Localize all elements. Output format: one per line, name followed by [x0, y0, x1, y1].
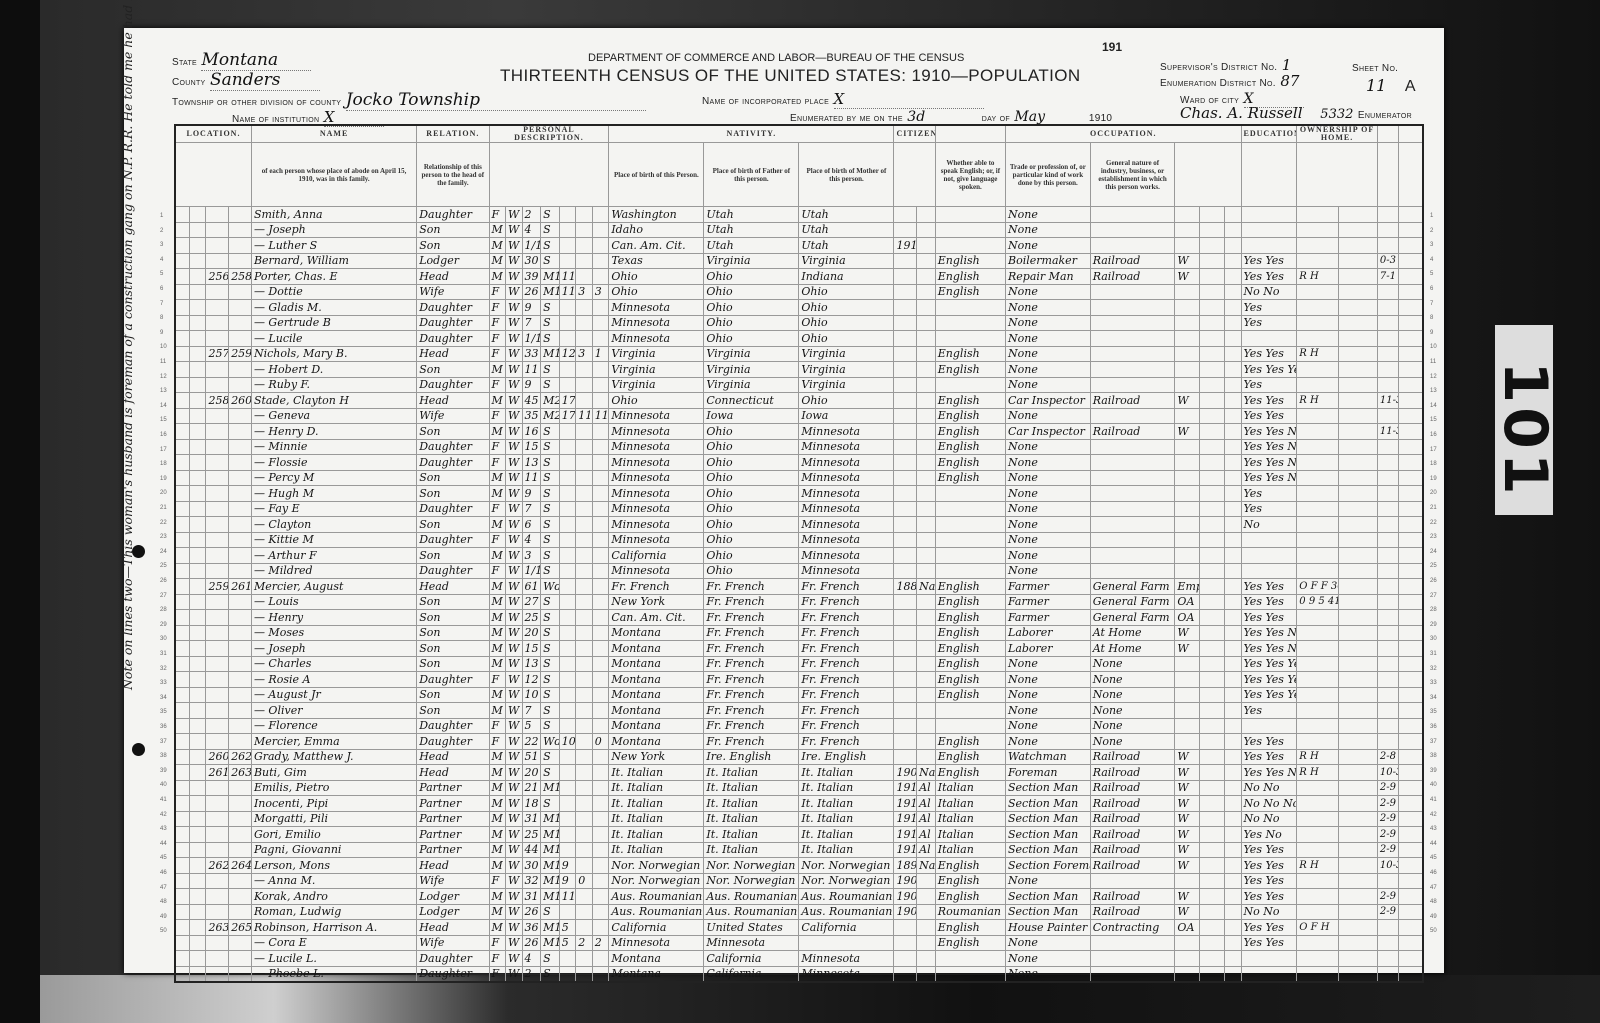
- cell-birth: Montana: [609, 672, 704, 688]
- cell-empty: [1200, 346, 1225, 362]
- table-row: Roman, LudwigLodgerMW26SAus. RoumanianAu…: [175, 904, 1423, 920]
- cell-age: 9: [522, 377, 541, 393]
- cell-family: [229, 873, 252, 889]
- cell-empty: [1398, 548, 1423, 564]
- cell-dwelling: [206, 362, 229, 378]
- cell-born: [576, 734, 593, 750]
- cell-immig: [894, 563, 917, 579]
- cell-born: [576, 672, 593, 688]
- cell-industry: Railroad: [1090, 904, 1175, 920]
- cell-nat: [917, 935, 936, 951]
- cell-age: 39: [522, 269, 541, 285]
- cell-empty: [189, 548, 206, 564]
- cell-dwelling: [206, 300, 229, 316]
- cell-dwelling: [206, 563, 229, 579]
- cell-lang: [935, 238, 1005, 254]
- cell-living: [592, 207, 609, 223]
- cell-dwelling: [206, 439, 229, 455]
- cell-lang: [935, 377, 1005, 393]
- cell-born: [576, 749, 593, 765]
- cell-marital: S: [541, 687, 560, 703]
- cell-relation: Son: [417, 656, 489, 672]
- cell-living: [592, 362, 609, 378]
- cell-emp: [1175, 873, 1200, 889]
- cell-empty: [1200, 207, 1225, 223]
- cell-lang: Italian: [935, 780, 1005, 796]
- cell-empty: [189, 951, 206, 967]
- cell-relation: Daughter: [417, 532, 489, 548]
- cell-industry: Railroad: [1090, 253, 1175, 269]
- cell-living: [592, 610, 609, 626]
- cell-home: [1297, 656, 1338, 672]
- cell-empty: [1224, 408, 1241, 424]
- cell-empty: [189, 641, 206, 657]
- cell-age: 4: [522, 222, 541, 238]
- cell-family: 259: [229, 346, 252, 362]
- cell-race: W: [506, 269, 523, 285]
- cell-empty: [1398, 780, 1423, 796]
- cell-born: [576, 796, 593, 812]
- cell-empty: [189, 703, 206, 719]
- cell-family: [229, 734, 252, 750]
- cell-mother: Minnesota: [799, 455, 894, 471]
- cell-mother: Iowa: [799, 408, 894, 424]
- cell-empty: [1224, 284, 1241, 300]
- cell-lang: [935, 703, 1005, 719]
- line-number: 9: [1430, 330, 1433, 336]
- cell-years-married: [559, 517, 576, 533]
- cell-living: [592, 563, 609, 579]
- cell-age: 20: [522, 765, 541, 781]
- line-number: 12: [160, 374, 167, 380]
- cell-emp: W: [1175, 780, 1200, 796]
- cell-empty: [1200, 904, 1225, 920]
- cell-marital: S: [541, 501, 560, 517]
- cell-empty: [1338, 408, 1377, 424]
- cell-name: Inocenti, Pipi: [251, 796, 416, 812]
- cell-empty: [1200, 780, 1225, 796]
- cell-home: [1297, 207, 1338, 223]
- cell-trade: Section Man: [1006, 796, 1091, 812]
- cell-trade: None: [1006, 455, 1091, 471]
- cell-empty: [1338, 935, 1377, 951]
- cell-empty: [1338, 486, 1377, 502]
- cell-lang: [935, 532, 1005, 548]
- cell-empty: [175, 424, 189, 440]
- cell-race: W: [506, 377, 523, 393]
- cell-emp: [1175, 486, 1200, 502]
- line-number: 36: [160, 724, 167, 730]
- cell-marital: Wd: [541, 579, 560, 595]
- cell-pi: [1377, 300, 1398, 316]
- cell-home: [1297, 377, 1338, 393]
- table-row: 259261Mercier, AugustHeadMW61WdFr. Frenc…: [175, 579, 1423, 595]
- cell-lang: English: [935, 625, 1005, 641]
- cell-name: — Oliver: [251, 703, 416, 719]
- cell-relation: Daughter: [417, 331, 489, 347]
- cell-name: Pagni, Giovanni: [251, 842, 416, 858]
- line-number: 39: [160, 768, 167, 774]
- cell-sex: M: [489, 811, 506, 827]
- cell-home: [1297, 455, 1338, 471]
- cell-years-married: 17: [559, 408, 576, 424]
- cell-sex: F: [489, 734, 506, 750]
- cell-family: [229, 517, 252, 533]
- cell-nat: [917, 889, 936, 905]
- cell-name: — Phoebe L.: [251, 966, 416, 982]
- cell-years-married: [559, 501, 576, 517]
- cell-nat: [917, 501, 936, 517]
- cell-home: [1297, 889, 1338, 905]
- cell-edu: Yes Yes: [1241, 610, 1297, 626]
- cell-birth: Virginia: [609, 362, 704, 378]
- cell-dwelling: [206, 703, 229, 719]
- cell-age: 4: [522, 532, 541, 548]
- cell-race: W: [506, 222, 523, 238]
- cell-immig: [894, 501, 917, 517]
- cell-empty: [175, 548, 189, 564]
- cell-father: It. Italian: [704, 765, 799, 781]
- line-number: 6: [1430, 286, 1433, 292]
- cell-birth: It. Italian: [609, 780, 704, 796]
- cell-nat: [917, 563, 936, 579]
- cell-mother: It. Italian: [799, 796, 894, 812]
- cell-empty: [1200, 486, 1225, 502]
- cell-name: — Cora E: [251, 935, 416, 951]
- cell-living: [592, 625, 609, 641]
- cell-trade: Farmer: [1006, 610, 1091, 626]
- cell-dwelling: [206, 455, 229, 471]
- cell-age: 30: [522, 858, 541, 874]
- cell-mother: Fr. French: [799, 579, 894, 595]
- cell-empty: [1398, 393, 1423, 409]
- cell-emp: [1175, 331, 1200, 347]
- cell-empty: [189, 656, 206, 672]
- cell-pi: [1377, 594, 1398, 610]
- cell-family: [229, 827, 252, 843]
- cell-marital: S: [541, 749, 560, 765]
- cell-empty: [1398, 811, 1423, 827]
- cell-empty: [1398, 284, 1423, 300]
- cell-born: [576, 594, 593, 610]
- cell-empty: [1398, 873, 1423, 889]
- group-nativity: NATIVITY.: [609, 125, 894, 143]
- cell-nat: [917, 331, 936, 347]
- cell-sex: F: [489, 207, 506, 223]
- cell-living: [592, 393, 609, 409]
- cell-empty: [1224, 765, 1241, 781]
- cell-age: 13: [522, 455, 541, 471]
- cell-immig: [894, 625, 917, 641]
- cell-relation: Son: [417, 517, 489, 533]
- incorporated-field: Name of incorporated place X: [702, 90, 984, 109]
- cell-edu: [1241, 238, 1297, 254]
- cell-relation: Son: [417, 362, 489, 378]
- cell-pi: [1377, 966, 1398, 982]
- table-row: 262264Lerson, MonsHeadMW30M19Nor. Norweg…: [175, 858, 1423, 874]
- cell-living: [592, 796, 609, 812]
- line-number: 16: [160, 432, 167, 438]
- line-number: 44: [160, 841, 167, 847]
- line-number: 5: [160, 271, 163, 277]
- cell-father: Virginia: [704, 346, 799, 362]
- cell-empty: [189, 811, 206, 827]
- cell-age: 6: [522, 517, 541, 533]
- cell-name: Bernard, William: [251, 253, 416, 269]
- table-row: — MildredDaughterFW1/12SMinnesotaOhioMin…: [175, 563, 1423, 579]
- table-row: — FlossieDaughterFW13SMinnesotaOhioMinne…: [175, 455, 1423, 471]
- table-row: Bernard, WilliamLodgerMW30STexasVirginia…: [175, 253, 1423, 269]
- cell-father: It. Italian: [704, 811, 799, 827]
- cell-empty: [1224, 749, 1241, 765]
- cell-immig: [894, 331, 917, 347]
- cell-age: 9: [522, 486, 541, 502]
- cell-relation: Head: [417, 765, 489, 781]
- cell-race: W: [506, 625, 523, 641]
- table-row: Morgatti, PiliPartnerMW31M1It. ItalianIt…: [175, 811, 1423, 827]
- cell-race: W: [506, 346, 523, 362]
- cell-home: [1297, 873, 1338, 889]
- cell-family: [229, 935, 252, 951]
- cell-empty: [189, 207, 206, 223]
- cell-immig: [894, 594, 917, 610]
- cell-edu: Yes: [1241, 501, 1297, 517]
- cell-age: 44: [522, 842, 541, 858]
- cell-empty: [1398, 904, 1423, 920]
- cell-father: Fr. French: [704, 718, 799, 734]
- cell-home: [1297, 951, 1338, 967]
- cell-pi: [1377, 207, 1398, 223]
- cell-relation: Partner: [417, 842, 489, 858]
- cell-living: [592, 594, 609, 610]
- cell-trade: Farmer: [1006, 579, 1091, 595]
- cell-empty: [189, 842, 206, 858]
- cell-empty: [189, 501, 206, 517]
- cell-birth: Ohio: [609, 284, 704, 300]
- cell-mother: Utah: [799, 238, 894, 254]
- cell-industry: [1090, 951, 1175, 967]
- line-number: 3: [160, 242, 163, 248]
- cell-immig: [894, 718, 917, 734]
- cell-marital: M1: [541, 858, 560, 874]
- cell-empty: [1338, 346, 1377, 362]
- line-number: 26: [160, 578, 167, 584]
- line-number: 40: [1430, 782, 1437, 788]
- cell-birth: It. Italian: [609, 842, 704, 858]
- cell-marital: S: [541, 300, 560, 316]
- cell-mother: It. Italian: [799, 827, 894, 843]
- cell-empty: [189, 889, 206, 905]
- cell-empty: [1224, 687, 1241, 703]
- line-number: 42: [1430, 812, 1437, 818]
- cell-name: Gori, Emilio: [251, 827, 416, 843]
- cell-name: — Dottie: [251, 284, 416, 300]
- cell-empty: [1398, 951, 1423, 967]
- cell-industry: None: [1090, 734, 1175, 750]
- cell-born: [576, 904, 593, 920]
- cell-born: 3: [576, 346, 593, 362]
- cell-emp: OA: [1175, 594, 1200, 610]
- cell-born: [576, 315, 593, 331]
- cell-lang: [935, 501, 1005, 517]
- line-number: 16: [1430, 432, 1437, 438]
- cell-race: W: [506, 734, 523, 750]
- cell-mother: California: [799, 920, 894, 936]
- cell-empty: [1200, 548, 1225, 564]
- cell-father: Ohio: [704, 300, 799, 316]
- cell-birth: Minnesota: [609, 315, 704, 331]
- cell-born: [576, 532, 593, 548]
- cell-emp: [1175, 470, 1200, 486]
- line-number: 33: [1430, 680, 1437, 686]
- cell-pi: 2-9 X-5: [1377, 889, 1398, 905]
- cell-trade: None: [1006, 300, 1091, 316]
- cell-marital: S: [541, 765, 560, 781]
- cell-empty: [1398, 470, 1423, 486]
- cell-pi: 2-9 X-5: [1377, 811, 1398, 827]
- cell-trade: Section Foreman: [1006, 858, 1091, 874]
- cell-empty: [1224, 594, 1241, 610]
- cell-dwelling: [206, 889, 229, 905]
- cell-dwelling: [206, 734, 229, 750]
- cell-years-married: 9: [559, 858, 576, 874]
- cell-empty: [1224, 548, 1241, 564]
- cell-empty: [189, 935, 206, 951]
- cell-emp: [1175, 300, 1200, 316]
- cell-relation: Daughter: [417, 439, 489, 455]
- cell-years-married: 5: [559, 935, 576, 951]
- cell-age: 20: [522, 625, 541, 641]
- cell-name: — Joseph: [251, 222, 416, 238]
- cell-trade: Car Inspector: [1006, 424, 1091, 440]
- cell-empty: [175, 687, 189, 703]
- cell-relation: Son: [417, 610, 489, 626]
- cell-dwelling: [206, 687, 229, 703]
- cell-home: [1297, 718, 1338, 734]
- cell-nat: [917, 284, 936, 300]
- cell-age: 30: [522, 253, 541, 269]
- cell-empty: [189, 222, 206, 238]
- cell-sex: M: [489, 904, 506, 920]
- line-number: 39: [1430, 768, 1437, 774]
- cell-empty: [189, 610, 206, 626]
- cell-trade: Section Man: [1006, 780, 1091, 796]
- cell-pi: 11-3 X-5: [1377, 424, 1398, 440]
- cell-nat: [917, 300, 936, 316]
- cell-empty: [1398, 672, 1423, 688]
- line-number: 42: [160, 812, 167, 818]
- cell-nat: [917, 377, 936, 393]
- cell-dwelling: [206, 672, 229, 688]
- cell-empty: [189, 470, 206, 486]
- cell-dwelling: [206, 253, 229, 269]
- cell-empty: [189, 780, 206, 796]
- cell-industry: [1090, 346, 1175, 362]
- cell-empty: [189, 315, 206, 331]
- cell-father: Ohio: [704, 284, 799, 300]
- cell-dwelling: [206, 532, 229, 548]
- cell-edu: Yes Yes: [1241, 749, 1297, 765]
- cell-empty: [175, 346, 189, 362]
- line-number: 43: [1430, 826, 1437, 832]
- cell-empty: [1338, 253, 1377, 269]
- cell-name: — Anna M.: [251, 873, 416, 889]
- cell-marital: S: [541, 625, 560, 641]
- cell-mother: Fr. French: [799, 687, 894, 703]
- line-number: 50: [1430, 928, 1437, 934]
- cell-edu: Yes Yes: [1241, 579, 1297, 595]
- cell-trade: None: [1006, 734, 1091, 750]
- cell-empty: [189, 594, 206, 610]
- cell-trade: None: [1006, 672, 1091, 688]
- cell-family: [229, 362, 252, 378]
- cell-dwelling: [206, 951, 229, 967]
- cell-edu: No No: [1241, 904, 1297, 920]
- cell-mother: Utah: [799, 222, 894, 238]
- cell-edu: Yes Yes: [1241, 346, 1297, 362]
- cell-family: 263: [229, 765, 252, 781]
- cell-industry: None: [1090, 703, 1175, 719]
- cell-mother: Nor. Norwegian: [799, 873, 894, 889]
- cell-living: 11: [592, 408, 609, 424]
- cell-born: [576, 780, 593, 796]
- cell-father: Utah: [704, 238, 799, 254]
- cell-marital: S: [541, 610, 560, 626]
- cell-age: 15: [522, 641, 541, 657]
- cell-relation: Lodger: [417, 253, 489, 269]
- table-row: — Rosie ADaughterFW12SMontanaFr. FrenchF…: [175, 672, 1423, 688]
- cell-empty: [175, 501, 189, 517]
- cell-relation: Head: [417, 269, 489, 285]
- cell-living: [592, 238, 609, 254]
- cell-mother: Aus. Roumanian: [799, 904, 894, 920]
- cell-empty: [175, 439, 189, 455]
- cell-nat: Na: [917, 579, 936, 595]
- cell-marital: S: [541, 796, 560, 812]
- cell-home: [1297, 842, 1338, 858]
- table-row: 261263Buti, GimHeadMW20SIt. ItalianIt. I…: [175, 765, 1423, 781]
- cell-race: W: [506, 935, 523, 951]
- cell-empty: [1224, 703, 1241, 719]
- cell-age: 7: [522, 501, 541, 517]
- cell-home: R H: [1297, 858, 1338, 874]
- cell-family: [229, 687, 252, 703]
- cell-father: Ohio: [704, 501, 799, 517]
- cell-pi: [1377, 532, 1398, 548]
- cell-empty: [1398, 889, 1423, 905]
- cell-relation: Head: [417, 920, 489, 936]
- line-number: 18: [160, 461, 167, 467]
- cell-dwelling: [206, 548, 229, 564]
- cell-edu: No No: [1241, 811, 1297, 827]
- cell-empty: [189, 346, 206, 362]
- line-number: 29: [1430, 622, 1437, 628]
- cell-empty: [175, 842, 189, 858]
- cell-father: Utah: [704, 222, 799, 238]
- cell-dwelling: [206, 284, 229, 300]
- cell-empty: [175, 858, 189, 874]
- cell-pi: [1377, 377, 1398, 393]
- cell-industry: [1090, 486, 1175, 502]
- cell-mother: Virginia: [799, 362, 894, 378]
- line-number: 10: [160, 344, 167, 350]
- cell-trade: Repair Man: [1006, 269, 1091, 285]
- cell-empty: [175, 207, 189, 223]
- cell-marital: Wd: [541, 734, 560, 750]
- cell-years-married: [559, 718, 576, 734]
- cell-immig: [894, 966, 917, 982]
- cell-sex: M: [489, 548, 506, 564]
